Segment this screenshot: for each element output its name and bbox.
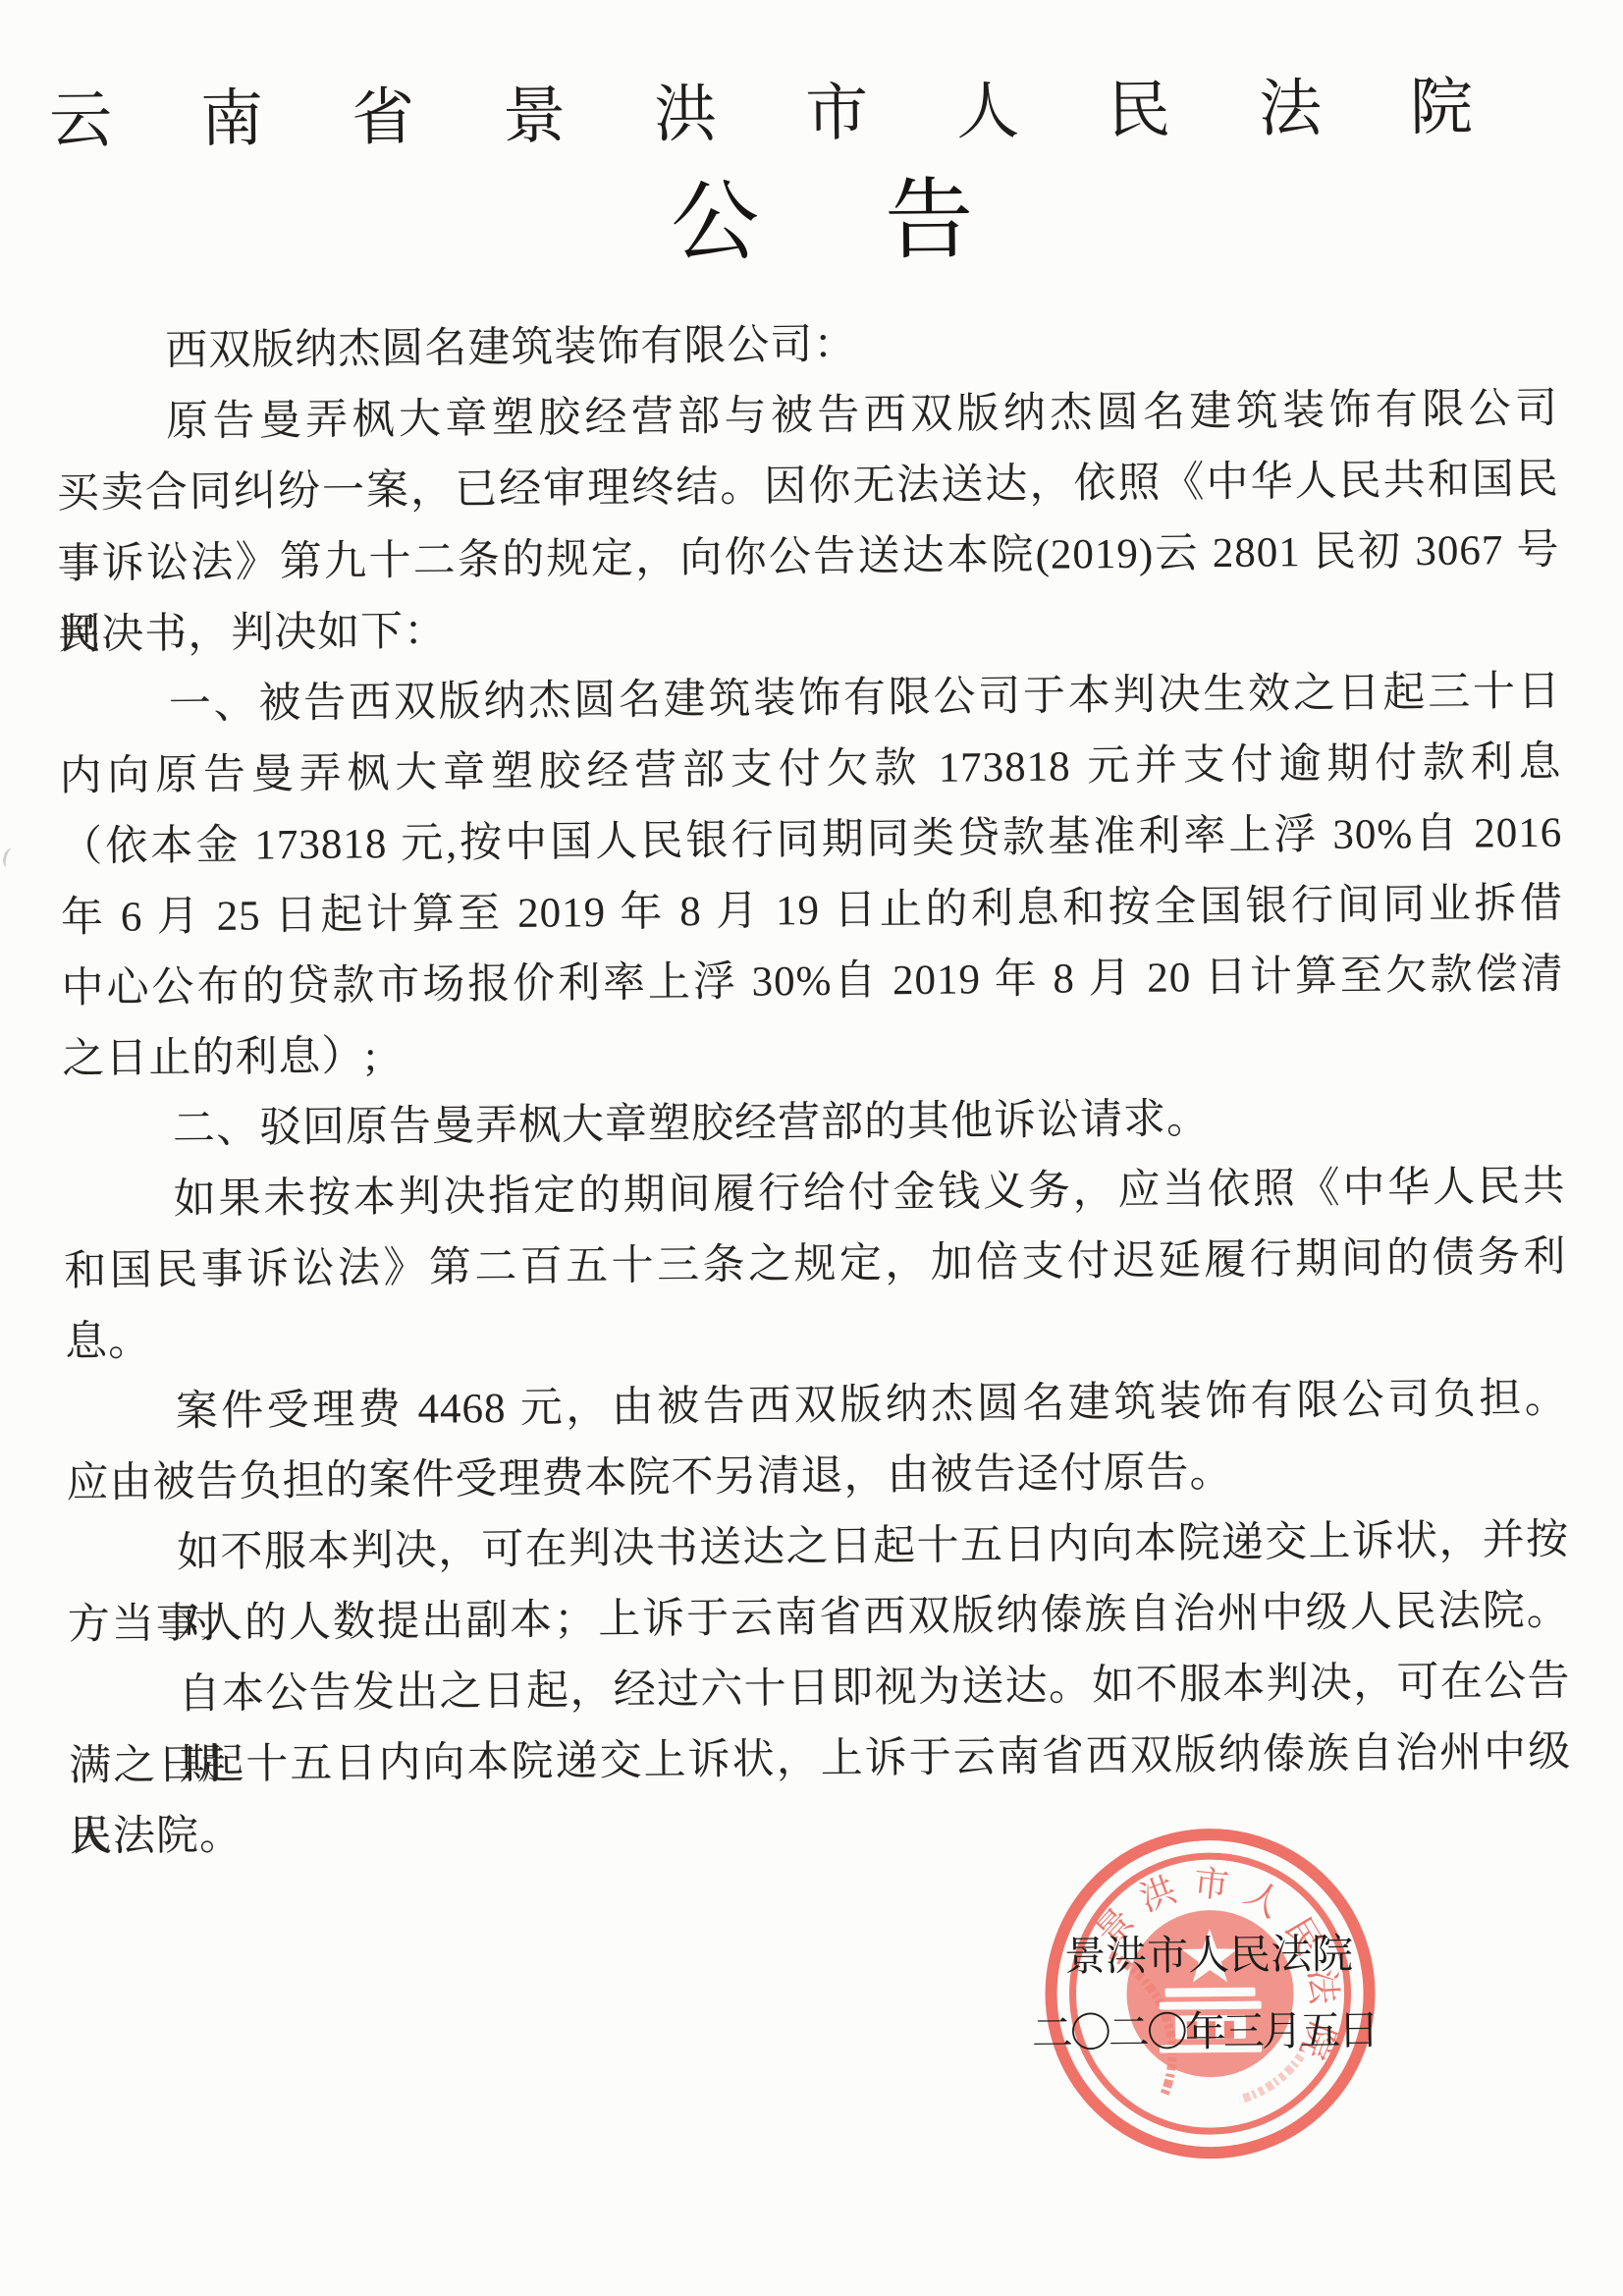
signature-court-name: 景洪市人民法院 xyxy=(1064,1922,1354,1984)
notice-line: 和国民事诉讼法》第二百五十三条之规定，加倍支付迟延履行期间的债务利 xyxy=(64,1223,1567,1308)
notice-line: 事诉讼法》第九十二条的规定，向你公告送达本院(2019)云 2801 民初 30… xyxy=(57,516,1560,601)
notice-line: 中心公布的贷款市场报价利率上浮 30%自 2019 年 8 月 20 日计算至欠… xyxy=(61,940,1564,1025)
court-name-heading: 云南省景洪市人民法院 xyxy=(49,56,1562,161)
scanned-page-content: 云南省景洪市人民法院 公告 西双版纳杰圆名建筑装饰有限公司： 原告曼弄枫大章塑胶… xyxy=(0,0,1623,2296)
scan-artifact xyxy=(1,847,19,869)
notice-line: 案件受理费 4468 元，由被告西双版纳杰圆名建筑装饰有限公司负担。 xyxy=(65,1364,1568,1449)
notice-line: 满之日起十五日内向本院递交上诉状，上诉于云南省西双版纳傣族自治州中级人 xyxy=(69,1718,1572,1803)
notice-body: 西双版纳杰圆名建筑装饰有限公司： 原告曼弄枫大章塑胶经营部与被告西双版纳杰圆名建… xyxy=(55,303,1572,1874)
seal-graphics: 景洪市人民法院 xyxy=(1050,1833,1371,2155)
court-notice-document: 云南省景洪市人民法院 公告 西双版纳杰圆名建筑装饰有限公司： 原告曼弄枫大章塑胶… xyxy=(0,0,1623,2296)
court-seal: 景洪市人民法院 xyxy=(1036,1819,1384,2167)
signature-date: 二〇二〇年三月五日 xyxy=(1032,1998,1378,2060)
notice-title: 公告 xyxy=(670,146,1099,278)
